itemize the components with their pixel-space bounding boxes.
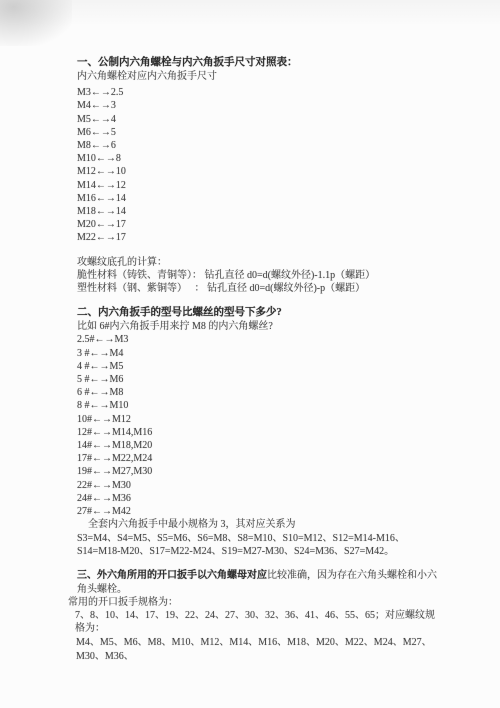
wrench-bolt-pair: 3 #←→M4 <box>77 347 441 360</box>
bolt-wrench-pair: M8←→6 <box>77 139 441 152</box>
section3-thread-sizes: M4、M5、M6、M8、M10、M12、M14、M16、M18、M20、M22、… <box>76 636 441 662</box>
wrench-bolt-pair: 4 #←→M5 <box>77 360 441 373</box>
bolt-wrench-pair: M10←→8 <box>77 152 441 165</box>
tapping-brittle-line: 脆性材料（铸铁、青铜等）： 钻孔直径 d0=d(螺纹外径)-1.1p（螺距） <box>77 269 441 282</box>
wrench-bolt-pair: 8 #←→M10 <box>77 399 441 412</box>
wrench-bolt-pair: 22#←→M30 <box>77 479 441 492</box>
section1-subtitle: 内六角螺栓对应内六角扳手尺寸 <box>77 70 441 83</box>
page-background: { "page": { "background": "#fcfcfc", "te… <box>0 0 500 708</box>
bolt-wrench-pair: M4←→3 <box>77 99 441 112</box>
scan-artifact-topband <box>0 0 500 26</box>
wrench-bolt-pair: 17#←→M22,M24 <box>77 452 441 465</box>
wrench-bolt-pair: 5 #←→M6 <box>77 373 441 386</box>
bolt-wrench-pair: M14←→12 <box>77 179 441 192</box>
bolt-wrench-pair: M3←→2.5 <box>77 86 441 99</box>
bolt-wrench-pair: M16←→14 <box>77 192 441 205</box>
section1-title: 一、公制内六角螺栓与内六角扳手尺寸对照表： <box>77 56 441 70</box>
section2-note: 全套内六角扳手中最小规格为 3，其对应关系为 <box>88 518 441 531</box>
wrench-bolt-pair: 10#←→M12 <box>77 413 441 426</box>
section3-title-bold: 三、外六角所用的开口扳手以六角螺母对应 <box>77 570 267 581</box>
wrench-bolt-pair: 19#←→M27,M30 <box>77 465 441 478</box>
wrench-bolt-pair: 2.5#←→M3 <box>77 333 441 346</box>
bolt-wrench-pair: M20←→17 <box>77 218 441 231</box>
section2-intro: 比如 6#内六角扳手用来拧 M8 的内六角螺丝? <box>77 320 441 333</box>
bolt-wrench-pair: M22←→17 <box>77 231 441 244</box>
section2-mapping: S3=M4、S4=M5、S5=M6、S6=M8、S8=M10、S10=M12、S… <box>77 532 441 559</box>
section2-title: 二、内六角扳手的型号比螺丝的型号下多少? <box>77 305 441 320</box>
bolt-wrench-pair: M5←→4 <box>77 113 441 126</box>
tapping-plastic-line: 塑性材料（钢、紫铜等） ： 钻孔直径 d0=d(螺纹外径)-p（螺距） <box>77 282 441 295</box>
section3-line1: 常用的开口扳手规格为： <box>68 596 441 609</box>
bolt-wrench-pair: M6←→5 <box>77 126 441 139</box>
scan-artifact-smudge <box>0 0 72 46</box>
wrench-bolt-pair: 14#←→M18,M20 <box>77 439 441 452</box>
wrench-bolt-pair: 6 #←→M8 <box>77 386 441 399</box>
wrench-bolt-pair: 12#←→M14,M16 <box>77 426 441 439</box>
document-page: 一、公制内六角螺栓与内六角扳手尺寸对照表： 内六角螺栓对应内六角扳手尺寸 M3←… <box>77 56 441 663</box>
wrench-bolt-pair: 27#←→M42 <box>77 505 441 518</box>
section1-pair-list: M3←→2.5M4←→3M5←→4M6←→5M8←→6M10←→8M12←→10… <box>77 86 441 244</box>
section3-wrench-sizes: 7、8、10、14、17、19、22、24、27、30、32、36、41、46、… <box>75 609 441 635</box>
bolt-wrench-pair: M12←→10 <box>77 165 441 178</box>
wrench-bolt-pair: 24#←→M36 <box>77 492 441 505</box>
tapping-heading: 攻螺纹底孔的计算： <box>77 256 441 269</box>
bolt-wrench-pair: M18←→14 <box>77 205 441 218</box>
section3-title: 三、外六角所用的开口扳手以六角螺母对应比较准确，因为存在六角头螺栓和小六角头螺栓… <box>77 569 441 595</box>
section2-pair-list: 2.5#←→M33 #←→M44 #←→M55 #←→M66 #←→M88 #←… <box>77 333 441 518</box>
